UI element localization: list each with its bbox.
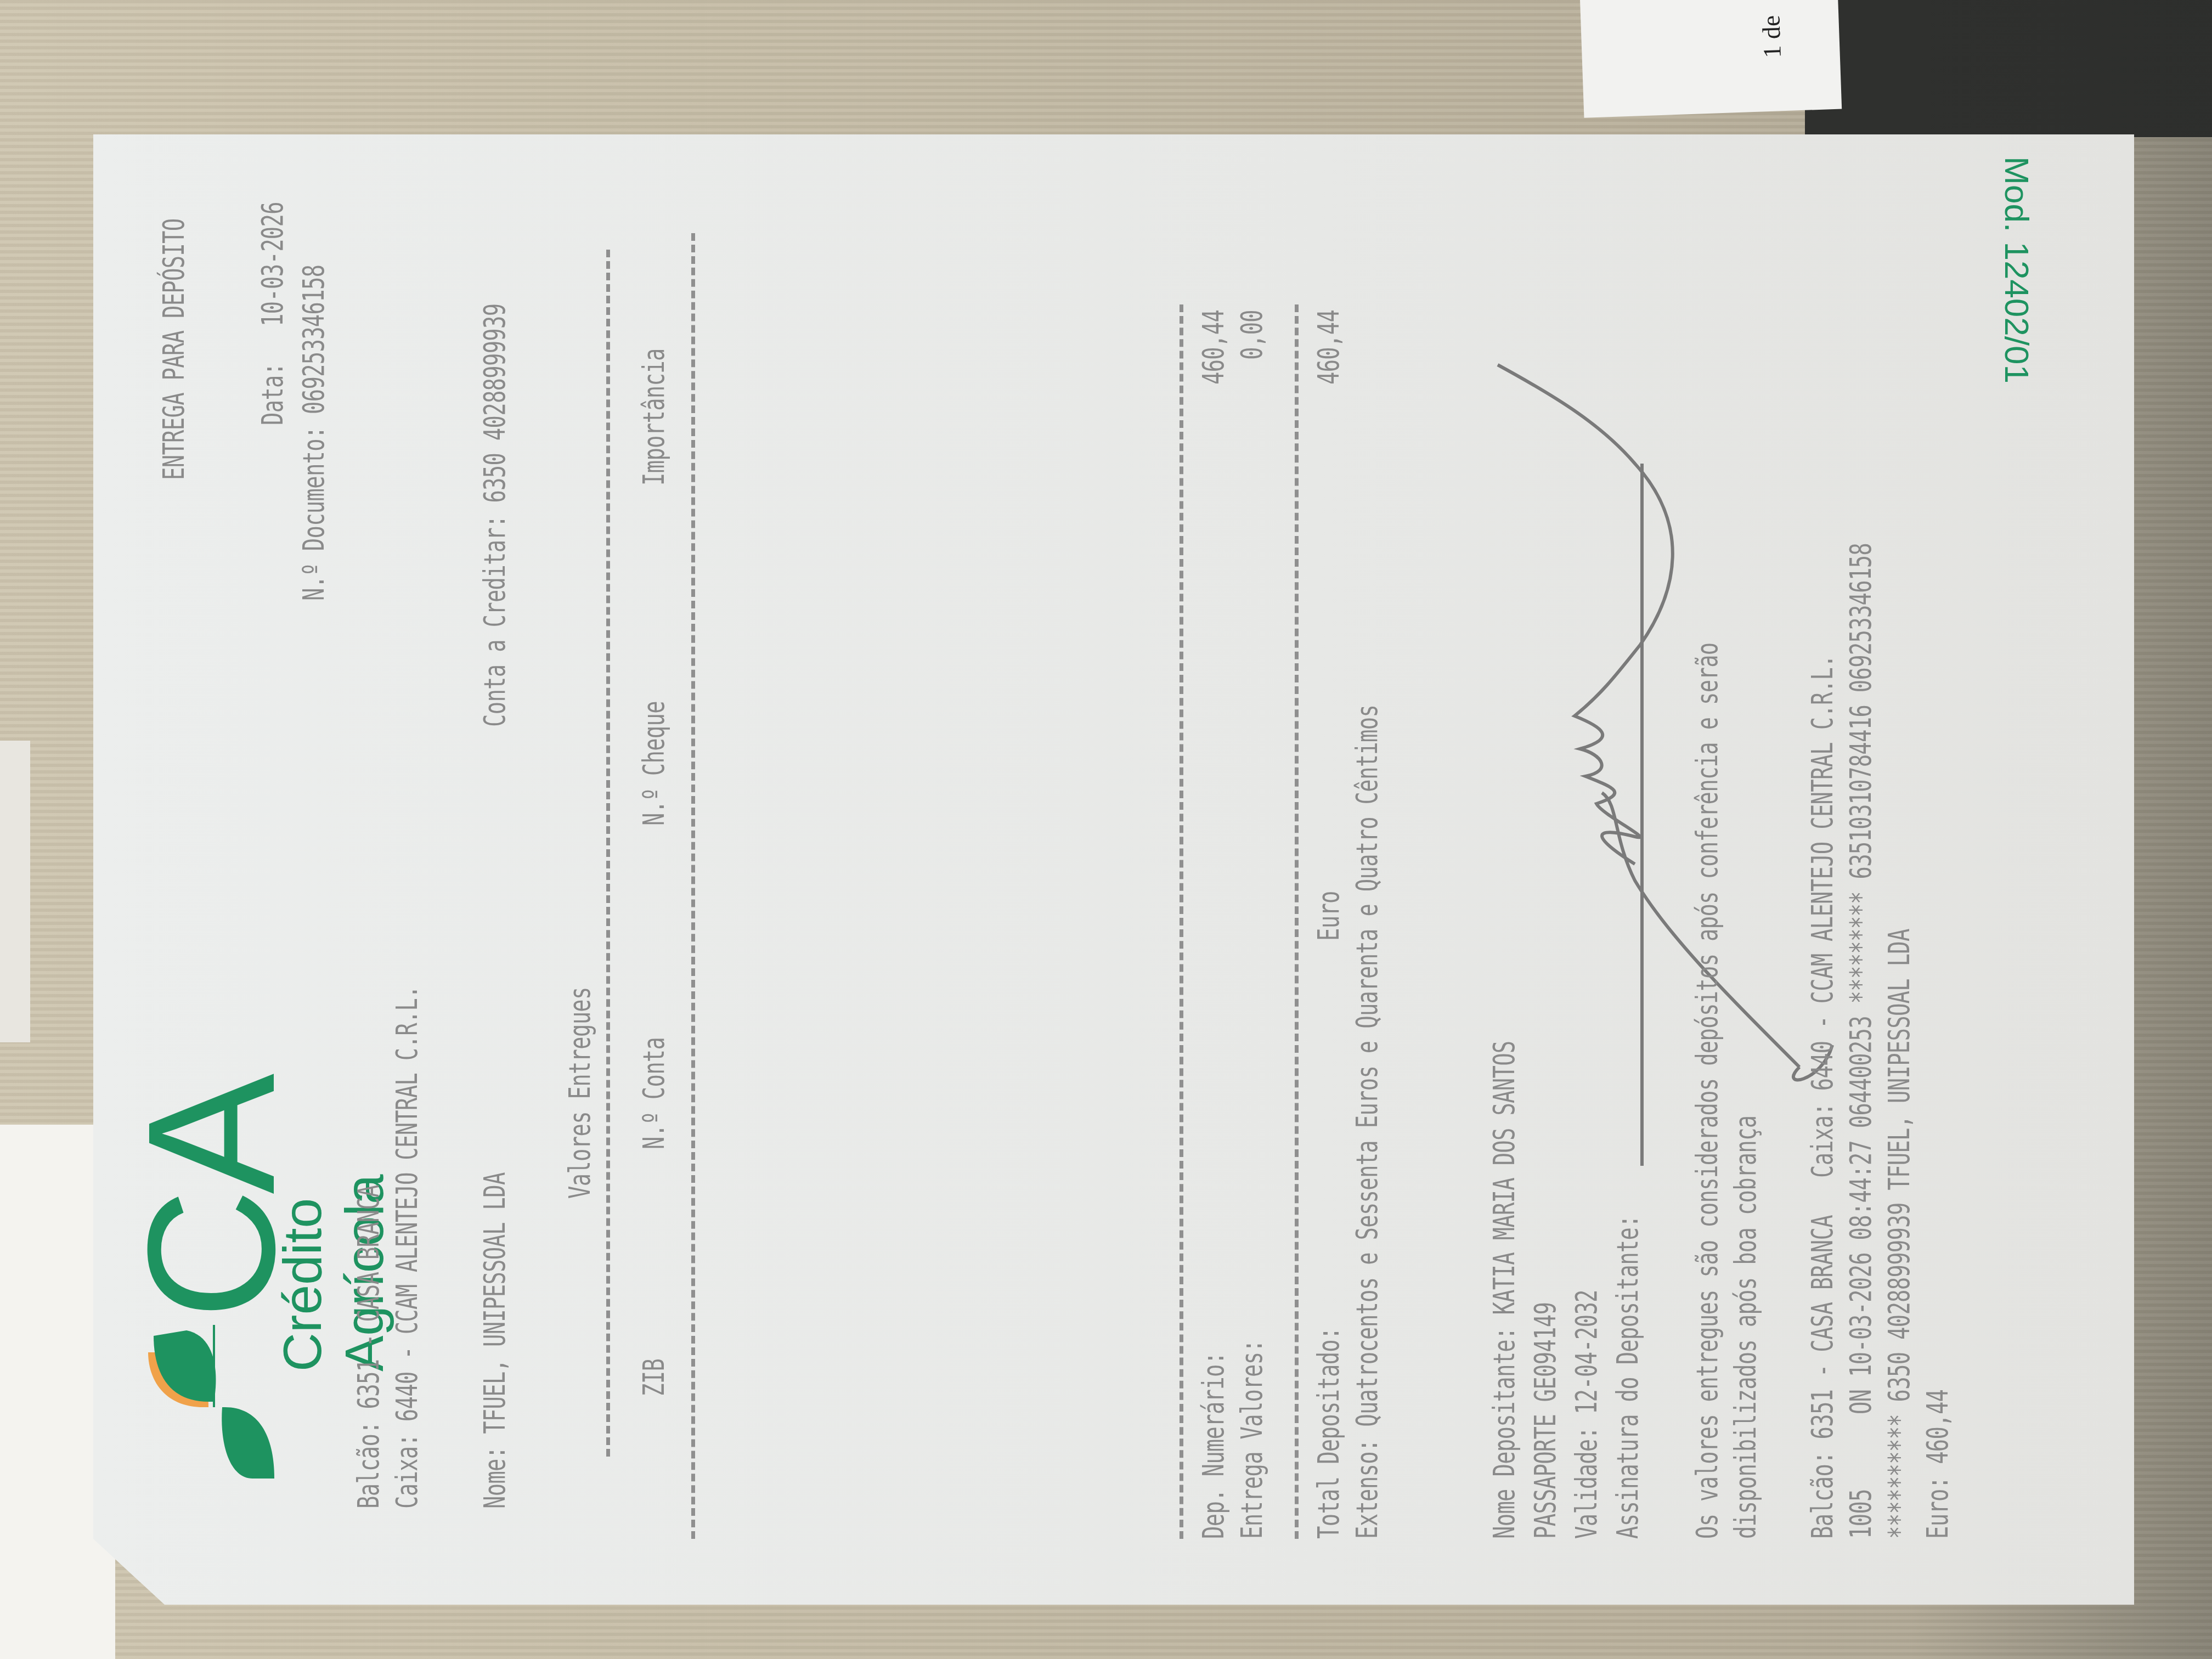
- column-header-account: N.º Conta: [636, 1037, 671, 1149]
- deposit-receipt: CA Crédito Agrícola ENTREGA PARA DEPÓSIT…: [93, 134, 2134, 1605]
- document-number-value: 069253346158: [296, 265, 331, 414]
- cash-deposit-label: Dep. Numerário:: [1196, 1352, 1231, 1539]
- branch-line: Balcão: 6351 - CASA BRANCA: [351, 1185, 386, 1509]
- leaf-icon: [143, 1325, 285, 1489]
- receipt-title: ENTREGA PARA DEPÓSITO: [156, 219, 191, 480]
- form-code: Mod. 12402/01: [1997, 156, 2036, 383]
- column-header-cheque: N.º Cheque: [636, 701, 671, 826]
- other-document-sheet: 1 de: [1580, 0, 1842, 118]
- footer-transaction-line: 1005 ON 10-03-2026 08:44:27 064400253 **…: [1843, 543, 1878, 1539]
- receipt-paper: CA Crédito Agrícola ENTREGA PARA DEPÓSIT…: [93, 134, 2134, 1605]
- disclaimer-line-1: Os valores entregues são considerados de…: [1690, 642, 1724, 1539]
- account-to-credit: Conta a Creditar: 6350 40288999939: [477, 304, 512, 727]
- other-paper-edge: [0, 741, 30, 1042]
- depositor-id-validity: Validade: 12-04-2032: [1569, 1290, 1604, 1539]
- divider: [691, 233, 695, 1539]
- divider: [606, 250, 610, 1457]
- document-number-label: N.º Documento:: [296, 426, 331, 601]
- divider: [1180, 304, 1183, 1539]
- amount-in-words: Extenso: Quatrocentos e Sessenta Euros e…: [1350, 705, 1384, 1539]
- cash-deposit-value: 460,44: [1196, 310, 1231, 385]
- column-header-zib: ZIB: [636, 1359, 671, 1396]
- depositor-id: PASSAPORTE GE094149: [1528, 1302, 1562, 1539]
- customer-name-line: Nome: TFUEL, UNIPESSOAL LDA: [477, 1172, 512, 1509]
- values-header: Valores Entregues: [562, 987, 597, 1199]
- values-delivered-label: Entrega Valores:: [1234, 1340, 1269, 1539]
- footer-branch-line: Balcão: 6351 - CASA BRANCA Caixa: 6440 -…: [1805, 655, 1839, 1539]
- cashier-line: Caixa: 6440 - CCAM ALENTEJO CENTRAL C.R.…: [390, 986, 424, 1509]
- total-deposited-label: Total Depositado:: [1311, 1327, 1346, 1539]
- divider: [1295, 304, 1299, 1539]
- footer-account-line: ********** 6350 40288999939 TFUEL, UNIPE…: [1882, 929, 1916, 1539]
- disclaimer-line-2: disponibilizados após boa cobrança: [1728, 1116, 1763, 1539]
- total-deposited-value: 460,44: [1311, 310, 1346, 385]
- values-delivered-value: 0,00: [1234, 310, 1269, 360]
- signature-label: Assinatura do Depositante:: [1610, 1215, 1645, 1539]
- date-label: Data:: [255, 363, 290, 425]
- footer-amount-line: Euro: 460,44: [1920, 1390, 1955, 1539]
- total-currency: Euro: [1311, 891, 1346, 941]
- date-value: 10-03-2026: [255, 202, 290, 326]
- page-counter-text: 1 de: [1756, 15, 1787, 59]
- column-header-amount: Importância: [636, 348, 671, 486]
- credito-agricola-logo: CA Crédito Agrícola: [137, 1105, 318, 1489]
